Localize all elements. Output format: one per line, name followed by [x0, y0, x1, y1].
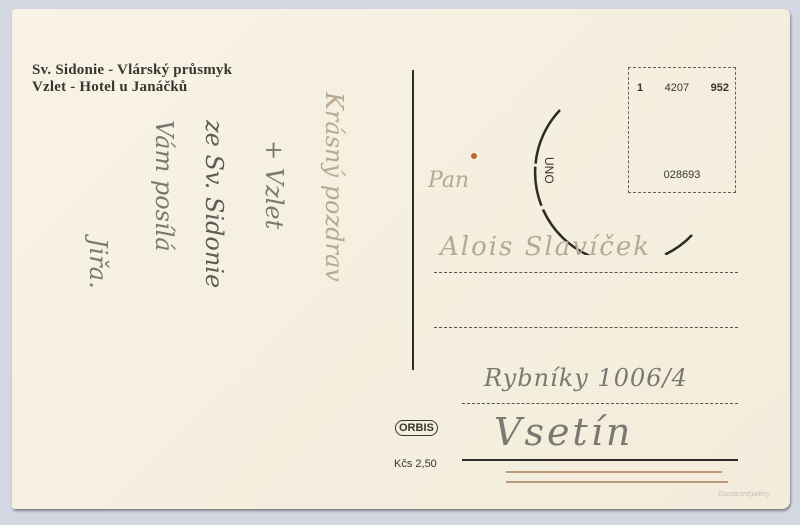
address-line-4	[462, 459, 738, 461]
address-line-2	[434, 327, 738, 328]
svg-text:UNO: UNO	[542, 157, 556, 184]
underline-2	[506, 481, 728, 483]
stamp-code-b: 4207	[665, 82, 689, 94]
stamp-code-a: 1	[637, 82, 643, 94]
stamp-serial: 028693	[629, 169, 735, 181]
wax-mark	[471, 153, 477, 159]
address-line-1	[434, 272, 738, 273]
postcard-caption: Sv. Sidonie - Vlárský průsmyk Vzlet - Ho…	[32, 62, 232, 96]
address-line-3	[462, 403, 738, 404]
underline-1	[506, 471, 722, 473]
caption-line-1: Sv. Sidonie - Vlárský průsmyk	[32, 62, 232, 79]
address-street: Rybníky 1006/4	[484, 364, 688, 392]
message-col-2: + Vzlet	[260, 140, 288, 229]
center-divider	[412, 70, 414, 370]
message-col-4: Vám posílá	[150, 120, 178, 252]
caption-line-2: Vzlet - Hotel u Janáčků	[32, 79, 232, 96]
price-label: Kčs 2,50	[394, 458, 437, 470]
message-col-5: Jiřa.	[84, 238, 112, 289]
message-col-1: Krásný pozdrav	[320, 92, 348, 282]
address-name: Alois Slavíček	[440, 232, 651, 262]
stamp-box: 1 4207 952 028693	[628, 67, 736, 193]
publisher-logo: ORBIS	[395, 420, 438, 436]
stamp-code-c: 952	[711, 82, 729, 94]
address-city: Vsetín	[494, 410, 633, 454]
address-salutation: Pan	[428, 168, 469, 193]
message-col-3: ze Sv. Sidonie	[200, 120, 228, 288]
watermark: Epostcardgallery	[718, 491, 770, 498]
